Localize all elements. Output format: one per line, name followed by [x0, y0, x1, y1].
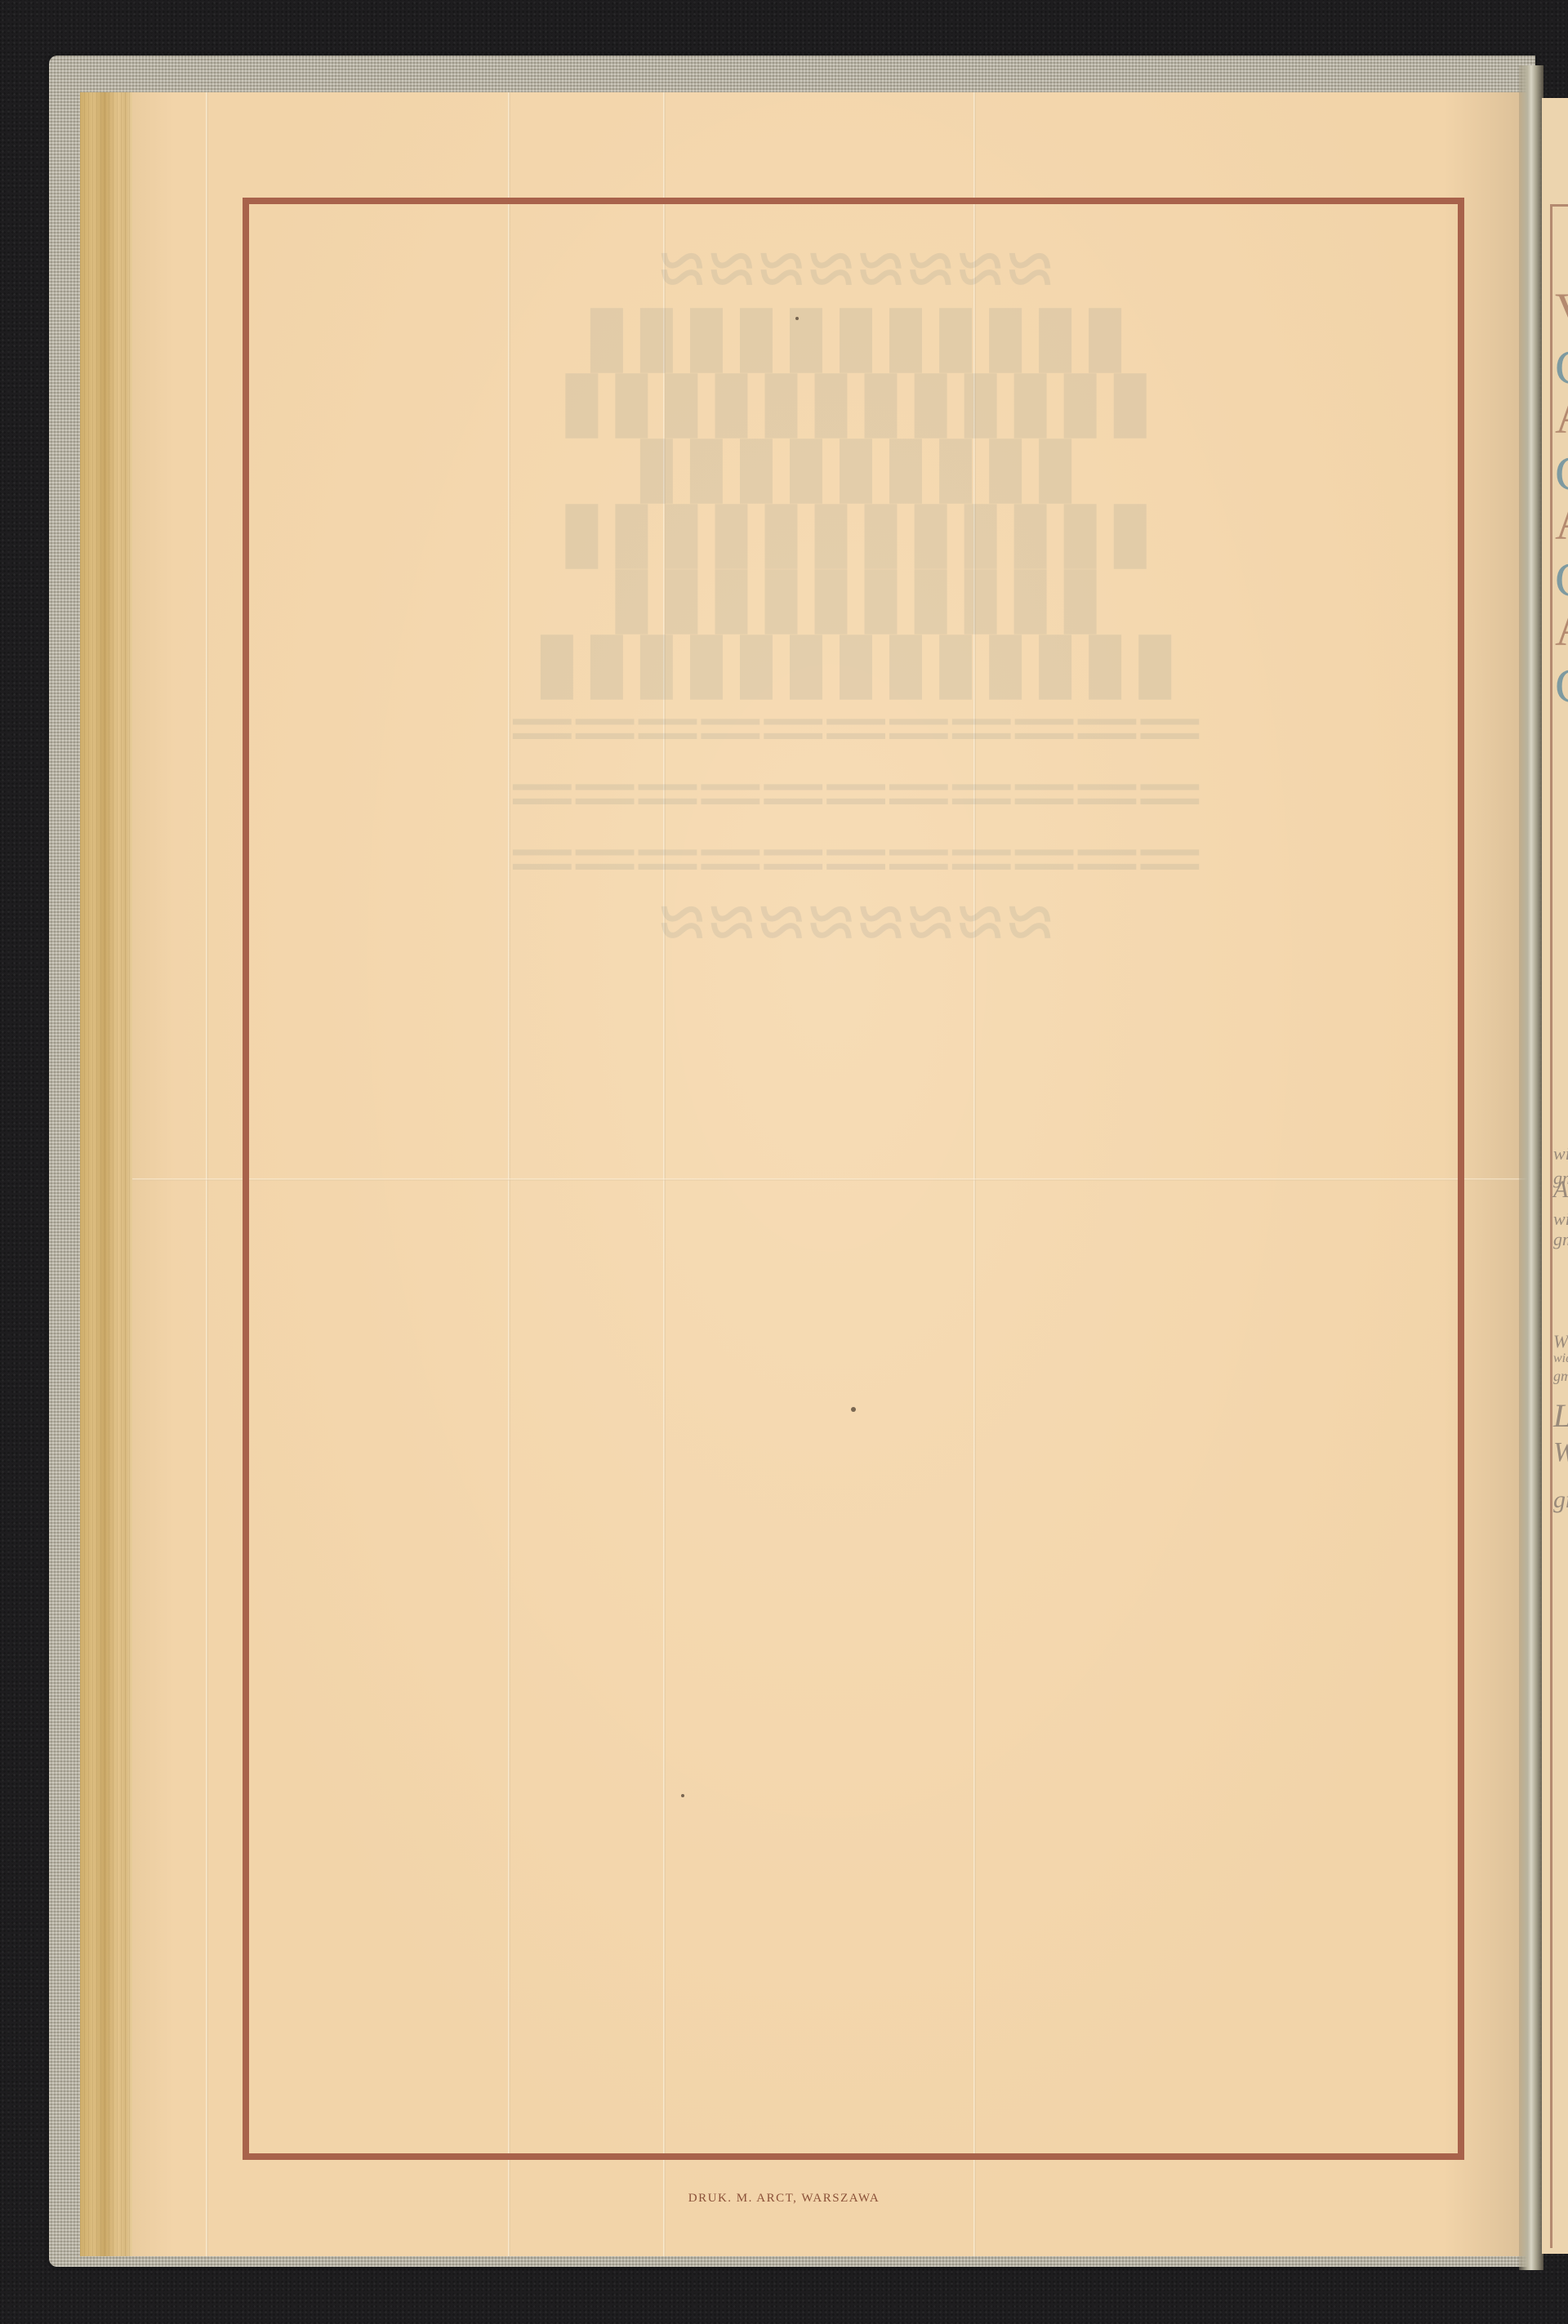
handwritten-entry: gm [1553, 1486, 1568, 1514]
paper-speck [851, 1407, 856, 1412]
right-page-edge: V C A C A C A C wi gm Al wi gm Wik wie g… [1542, 98, 1568, 2254]
printer-imprint: DRUK. M. ARCT, WARSZAWA [0, 2192, 1568, 2206]
handwritten-entry: wi [1553, 1209, 1568, 1230]
handwritten-entry: gm [1553, 1229, 1568, 1250]
handwritten-entry: wie [1553, 1351, 1568, 1366]
ornament-glyph: V [1555, 286, 1568, 335]
page-edge-stack [80, 92, 134, 2256]
handwritten-entry: Wik [1553, 1331, 1568, 1352]
decorative-frame [243, 198, 1464, 2160]
ornament-glyph: C [1555, 343, 1568, 392]
paper-speck [795, 317, 799, 320]
ornament-glyph: A [1555, 392, 1568, 441]
ornament-glyph: C [1555, 661, 1568, 710]
ornament-glyph: A [1555, 498, 1568, 547]
ornament-glyph: C [1555, 449, 1568, 498]
ornament-glyph: C [1555, 555, 1568, 604]
fold-line [206, 92, 208, 2256]
handwritten-entry: gm [1553, 1368, 1568, 1385]
handwritten-entry: Le [1553, 1396, 1568, 1435]
handwritten-entry: wi [1553, 1143, 1568, 1164]
paper-speck [681, 1794, 684, 1797]
ornament-glyph: A [1555, 604, 1568, 653]
handwritten-entry: Wi [1553, 1437, 1568, 1468]
handwritten-entry: Al [1553, 1176, 1568, 1204]
book-gutter [1519, 65, 1543, 2270]
